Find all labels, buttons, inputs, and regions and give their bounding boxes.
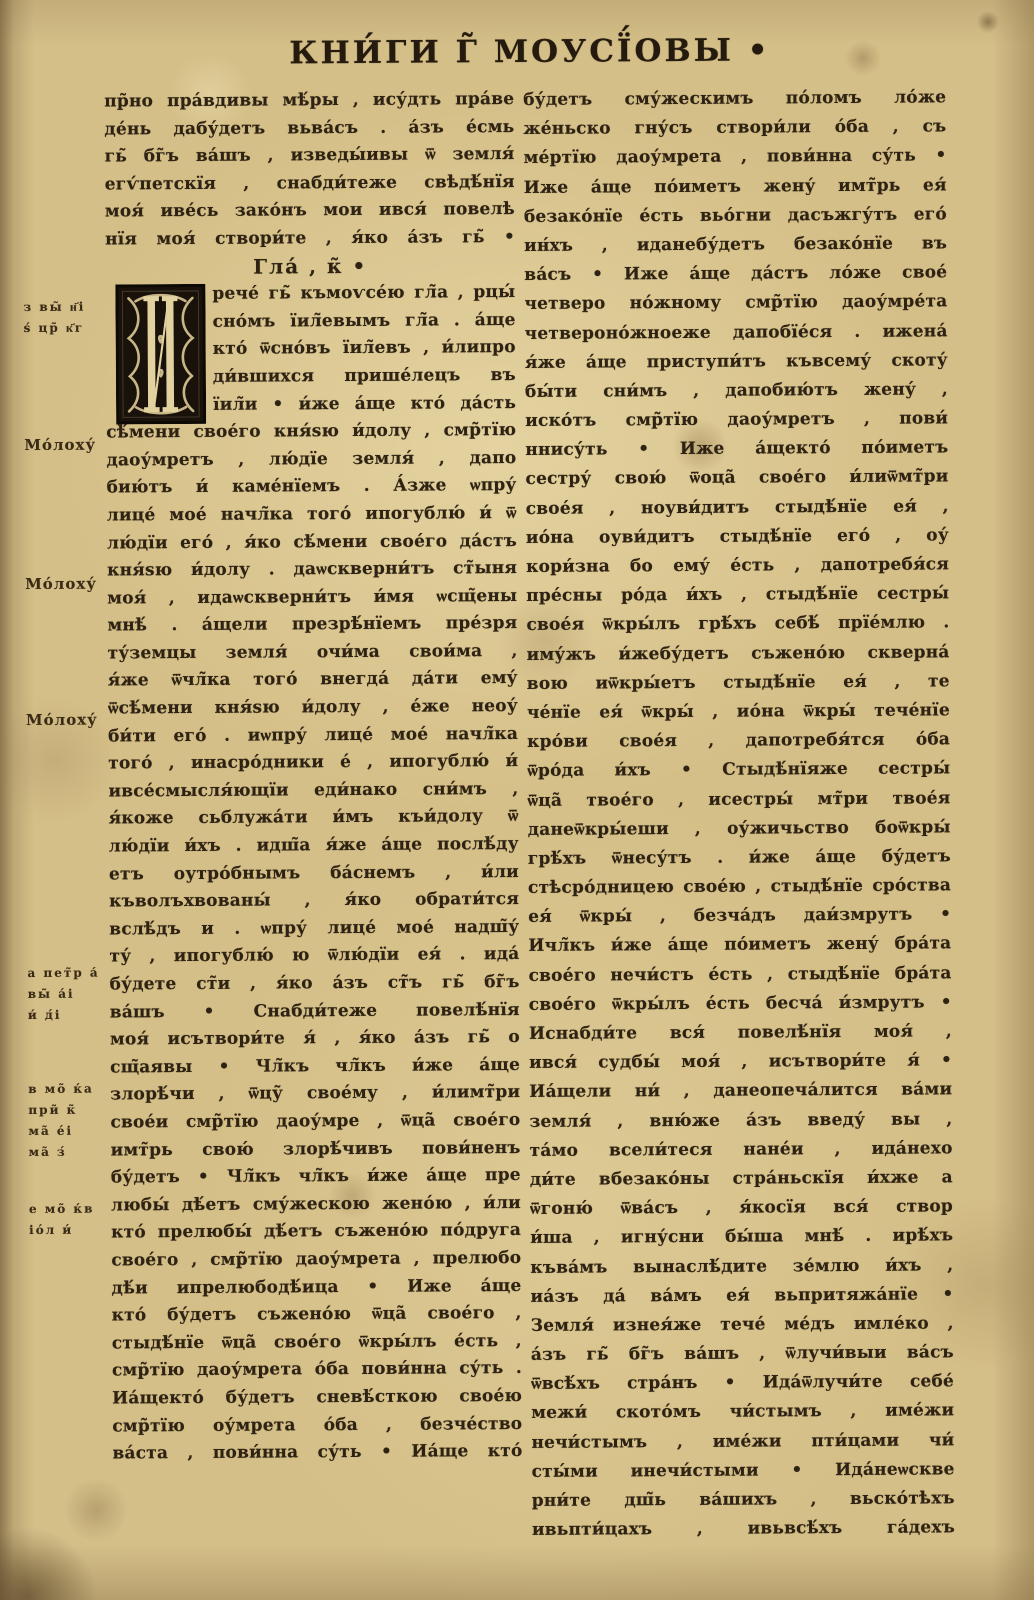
left-text-column: пр̃но пра́вдивы мѣ́ры , ису́дть пра́веде… (104, 86, 522, 1468)
margin-note-line: Мо́лоху́ (25, 573, 109, 594)
margin-note-lines: Мо́лоху́ (25, 573, 109, 594)
text-line: бу́детъ сму́жескимъ по́ломъ ло́же (523, 83, 946, 115)
text-line: лю́дїи его́ , я́ко сѣ́мени свое́го да́ст… (107, 527, 517, 557)
intro-paragraph: пр̃но пра́вдивы мѣ́ры , ису́дть пра́веде… (104, 86, 515, 254)
margin-note: е мо̃ ќвіо́л и́ (29, 1198, 113, 1241)
book-page: КНИ́ГИ Г̃ МОУСЇ́ОВЫ • пр̃но пра́вдивы мѣ… (0, 0, 1034, 1600)
text-line: бию́тъ и́ каме́нїемъ . А́зже ѡпру́ (106, 472, 516, 502)
text-line: мнѣ́ . а́щели презрѣ́нїемъ пре́зря (107, 610, 517, 640)
text-line: пр̃но пра́вдивы мѣ́ры , ису́дть пра́ве (104, 86, 514, 116)
text-line: кто́ бу́детъ съжено́ю ѿца̃ свое́го , (112, 1300, 522, 1330)
text-line: четвероно́жноеже дапобїе́ся . ижена́ (525, 317, 948, 349)
text-line: ѿвсѣ́хъ стра́нъ • Ида́ѿлучи́те себе́ (531, 1368, 954, 1400)
text-line: ея́ ѿкры́ , безча́дъ даи́змрутъ • (528, 901, 951, 933)
text-line: ме́ртїю даоу́мрета , пови́нна су́ть • (523, 142, 946, 174)
text-line: ѿца̃ твое́го , исестры́ мт̃ри твое́я (527, 784, 950, 816)
text-line: сщ̃аявы • Чл̃къ чл̃къ и́же а́ще (110, 1052, 520, 1082)
margin-note-line: е мо̃ ќв (29, 1198, 113, 1220)
text-line: свое́го ѿкры́лъ е́сть бесча́ и́змрутъ • (529, 988, 952, 1020)
text-line: ту́ , ипогублю́ ю ѿлю́дїи ея́ . ида́ (109, 941, 519, 971)
text-line: ту́земцы земля́ очи́ма свои́ма , (108, 638, 518, 668)
text-line: свое́го нечи́стъ е́сть , стыдѣ́нїе бра́т… (528, 959, 951, 991)
margin-note: з вы̃ н҃іѕ́ цр̃ к҃г (23, 296, 107, 339)
text-line: кори́зна бо ему́ е́сть , дапотребя́ся (526, 550, 949, 582)
text-line: земля́ , вню́же а́зъ введу́ вы , (529, 1105, 952, 1137)
text-line: ио́на оуви́дитъ стыдѣ́нїе его́ , оу́ (526, 521, 949, 553)
margin-note-line: вы̃ а́і (28, 983, 112, 1005)
text-line: я́же ѿчл̃ка того́ внегда́ да́ти ему́ (108, 665, 518, 695)
text-line: сты́ми инечи́стыми • Ида́неѡскве (532, 1455, 955, 1487)
running-title: КНИ́ГИ Г̃ МОУСЇ́ОВЫ • (0, 31, 1030, 73)
chapter-opening: рече́ гь̃ къмоѵсе́ю гл̃а , рцы́сно́мъ їи… (105, 279, 516, 419)
text-line: стыдѣ́нїе ѿца̃ свое́го ѿкры́лъ е́сть , (112, 1328, 522, 1358)
text-line: рни́те дш̃ь ва́шихъ , вьско́тѣхъ (532, 1484, 955, 1516)
chapter-heading: Гла́ , к̃ • (105, 252, 515, 282)
text-line: свое́го , смр̃тїю даоу́мрета , прелюбо (111, 1245, 521, 1275)
margin-note-line: в мо̃ ќа (28, 1078, 112, 1100)
text-line: свое́и смр̃тїю даоу́мре , ѿца̃ свое́го (110, 1107, 520, 1137)
text-line: ди́те вбезако́ны стра́ньскїя и́хже а (530, 1163, 953, 1195)
text-line: ин́хъ , иданебу́детъ безако́нїе въ (524, 229, 947, 261)
text-line: дѣ́и ипрелюбодѣ́ица • Иже а́ще (111, 1273, 521, 1303)
text-line: ився́ судбы́ моя́ , исътвори́те я́ • (529, 1047, 952, 1079)
text-line: я́же а́ще приступи́тъ къвсему́ скоту́ (525, 346, 948, 378)
text-line: етъ оутро́бнымъ ба́снемъ , и́ли (109, 859, 519, 889)
page-content: КНИ́ГИ Г̃ МОУСЇ́ОВЫ • пр̃но пра́вдивы мѣ… (0, 0, 1034, 1600)
margin-note-line: Мо́лоху́ (26, 709, 110, 730)
margin-note-line: іо́л и́ (29, 1219, 113, 1241)
text-line: четверо но́жному смр̃тїю даоу́мре́та (524, 288, 947, 320)
text-line: вою иѿкры́етъ стыдѣ́нїе ея́ , те (527, 667, 950, 699)
text-line: егѵ́петскїя , снабди́теже свѣдѣ́нїя (105, 169, 515, 199)
margin-note-line: при̃ к̃ (28, 1099, 112, 1121)
text-line: Ичл̃къ и́же а́ще по́иметъ жену́ бра́та (528, 930, 951, 962)
text-line: лю́дїи и́хъ . идш̃а я́же а́ще послѣ́ду (109, 831, 519, 861)
text-line: данеѿкры́еши , оу́жичьство боѿкры́ (528, 813, 951, 845)
text-line: грѣ́хъ ѿнесу́тъ . и́же а́ще бу́детъ (528, 842, 951, 874)
text-line: лице́ мое́ начл̃ка того́ ипогублю́ и́ ѿ (107, 500, 517, 530)
margin-note-line: и́ д́і (28, 1004, 112, 1026)
text-line: сестру́ свою́ ѿоца̃ свое́го и́лиѿмт̃ри (525, 463, 948, 495)
text-line: же́ньско гну́съ створи́ли о́ба , съ (523, 113, 946, 145)
text-line: де́нь дабу́детъ вьва́съ . а́зъ е́смь (104, 114, 514, 144)
text-line: вслѣ́дъ и . ѡпру́ лице́ мое́ надш̃у́ (109, 914, 519, 944)
text-line: любы́ дѣ́етъ сму́жескою жено́ю , и́ли (111, 1190, 521, 1220)
text-line: къва́мъ вынаслѣ́дите зе́млю и́хъ , (530, 1251, 953, 1283)
text-line: иа́зъ да́ ва́мъ ея́ вьпритяжа́нїе • (530, 1280, 953, 1312)
margin-note-lines: Мо́лоху́ (24, 434, 108, 455)
text-line: Иа́щели ни́ , данеопеча́лится ва́ми (529, 1076, 952, 1108)
margin-note-lines: в мо̃ ќапри̃ к̃ма̃ е́іма̃ з́ (28, 1078, 113, 1163)
text-line: къволъхвованы́ , я́ко обрати́тся (109, 886, 519, 916)
margin-note-lines: Мо́лоху́ (26, 709, 110, 730)
text-line: гь̃ бг̃ъ ва́шъ , изведы́ивы ѿ земля́ (104, 141, 514, 171)
text-line: Иснабди́те вся́ повелѣ́нїя моя́ , (529, 1017, 952, 1049)
text-line: нечи́стымъ , име́жи пти́цами чи́ (531, 1426, 954, 1458)
margin-note-lines: з вы̃ н҃іѕ́ цр̃ к҃г (23, 296, 107, 339)
text-line: иму́жъ и́жебу́детъ съжено́ю скверна́ (527, 638, 950, 670)
text-line: Земля́ изнея́же тече́ ме́дъ имле́ко , (531, 1309, 954, 1341)
margin-note-line: ѕ́ цр̃ к҃г (24, 317, 108, 339)
text-line: а́зъ гь̃ бг̃ъ ва́шъ , ѿлучи́выи ва́съ (531, 1338, 954, 1370)
text-line: кро́ви свое́я , дапотребя́тся о́ба (527, 725, 950, 757)
text-line: ѿгоню́ ѿва́съ , я́косїя вся́ створ (530, 1192, 953, 1224)
text-line: имт̃рь свою́ злорѣ́чивъ пови́ненъ (111, 1135, 521, 1165)
margin-note: Мо́лоху́ (24, 434, 108, 455)
margin-note-lines: а пет̃р а́вы̃ а́іи́ д́і (27, 962, 111, 1026)
text-line: бу́детъ • Чл̃къ чл̃къ и́же а́ще пре (111, 1162, 521, 1192)
right-text-column: бу́детъ сму́жескимъ по́ломъ ло́жеже́ньск… (523, 83, 955, 1545)
text-line: ннису́ть • Иже а́щекто́ по́иметъ (525, 434, 948, 466)
text-line: межи́ ското́мъ чи́стымъ , име́жи (531, 1397, 954, 1429)
margin-note-line: ма̃ з́ (29, 1141, 113, 1163)
text-line: кня́ѕю и́долу . даѡскверни́тъ ст̃ыня (107, 555, 517, 585)
right-body-text: бу́детъ сму́жескимъ по́ломъ ло́жеже́ньск… (523, 83, 955, 1545)
text-line: ивсе́смысля́ющїи еди́нако сни́мъ , (108, 776, 518, 806)
text-line: кто́ прелюбы́ дѣ́етъ съжено́ю по́друга (111, 1217, 521, 1247)
text-line: нїя моя́ створи́те , я́ко а́зъ гь̃ • (105, 224, 515, 254)
text-line: моя́ исътвори́те я́ , я́ко а́зъ гь̃ о (110, 1024, 520, 1054)
margin-note: а пет̃р а́вы̃ а́іи́ д́і (27, 962, 111, 1026)
text-line: свое́я , ноуви́дитъ стыдѣ́нїе ея́ , (526, 492, 949, 524)
margin-note-lines: е мо̃ ќвіо́л и́ (29, 1198, 113, 1241)
text-line: стѣсро́дницею свое́ю , стыдѣ́нїе сро́ств… (528, 871, 951, 903)
text-line: ѿсѣ́мени кня́ѕю и́долу , е́же неоу́ (108, 693, 518, 723)
margin-note-line: ма̃ е́і (28, 1120, 112, 1142)
margin-notes-column: з вы̃ н҃іѕ́ цр̃ к҃г Мо́лоху́ Мо́лоху́ Мо… (22, 2, 116, 1600)
text-line: смр̃тїю даоу́мрета о́ба пови́нна су́ть . (112, 1355, 522, 1385)
text-line: я́коже сьблужа́ти и́мъ къи́долу ѿ (109, 803, 519, 833)
text-line: смр̃тїю оу́мрета о́ба , безче́ство (112, 1410, 522, 1440)
text-line: пре́сны ро́да и́хъ , стыдѣ́нїе сестры́ (526, 580, 949, 612)
text-line: моя́ иве́сь зако́нъ мои ився́ повелѣ (105, 196, 515, 226)
text-line: бы́ти сни́мъ , дапобию́тъ жену́ , (525, 375, 948, 407)
text-line: би́ти его́ . иѡпру́ лице́ мое́ начл̃ка (108, 721, 518, 751)
text-line: бу́дете ст̃и , я́ко а́зъ ст̃ъ гь̃ бг̃ъ (110, 969, 520, 999)
margin-note-line: з вы̃ н҃і (23, 296, 107, 318)
margin-note-line: а пет̃р а́ (27, 962, 111, 984)
margin-note: в мо̃ ќапри̃ к̃ма̃ е́іма̃ з́ (28, 1078, 113, 1163)
text-line: свое́я ѿкры́лъ грѣ́хъ себѣ́ прїе́млю . (526, 609, 949, 641)
decorated-initial-letter-block (115, 284, 206, 425)
margin-note-line: Мо́лоху́ (24, 434, 108, 455)
left-body-text: сѣ́мени свое́го кня́ѕю и́долу , смр̃тїюд… (106, 417, 522, 1468)
text-line: и́ша , игну́сни бы́ша мнѣ́ . ирѣ́хъ (530, 1222, 953, 1254)
margin-note: Мо́лоху́ (26, 709, 110, 730)
text-line: ва́съ • Иже а́ще да́стъ ло́же свое́ (524, 258, 947, 290)
text-line: безако́нїе е́сть вьо́гни дасъжгу́тъ его́ (524, 200, 947, 232)
text-line: того́ , инасро́дники е́ , ипогублю́ и́ (108, 748, 518, 778)
text-line: ѿро́да и́хъ • Стыдѣ́нїяже сестры́ (527, 755, 950, 787)
margin-note: Мо́лоху́ (25, 573, 109, 594)
text-line: ва́шъ • Снабди́теже повелѣ́нїя (110, 997, 520, 1027)
text-line: та́мо всели́теся нане́и , ида́нехо (530, 1134, 953, 1166)
text-line: злорѣ́чи , ѿцу̃ свое́му , и́лимт̃ри (110, 1079, 520, 1109)
text-line: ва́ста , пови́нна су́ть • Иа́ще кто́ (112, 1438, 522, 1468)
text-line: даоу́мретъ , лю́дїе земля́ , дапо (106, 445, 516, 475)
text-line: иско́тъ смр̃тїю даоу́мретъ , пови́ (525, 404, 948, 436)
text-line: моя́ , идаѡскверни́тъ и́мя ѡсщ̃ены (107, 583, 517, 613)
text-line: Иа́щекто́ бу́детъ сневѣ́сткою свое́ю (112, 1383, 522, 1413)
text-line: че́нїе ея́ ѿкры́ , ио́на ѿкры́ тече́нїе (527, 696, 950, 728)
text-line: Иже а́ще по́иметъ жену́ имт̃рь ея́ (524, 171, 947, 203)
text-line: ивьпти́цахъ , ивьвсѣ́хъ га́дехъ (532, 1514, 955, 1546)
